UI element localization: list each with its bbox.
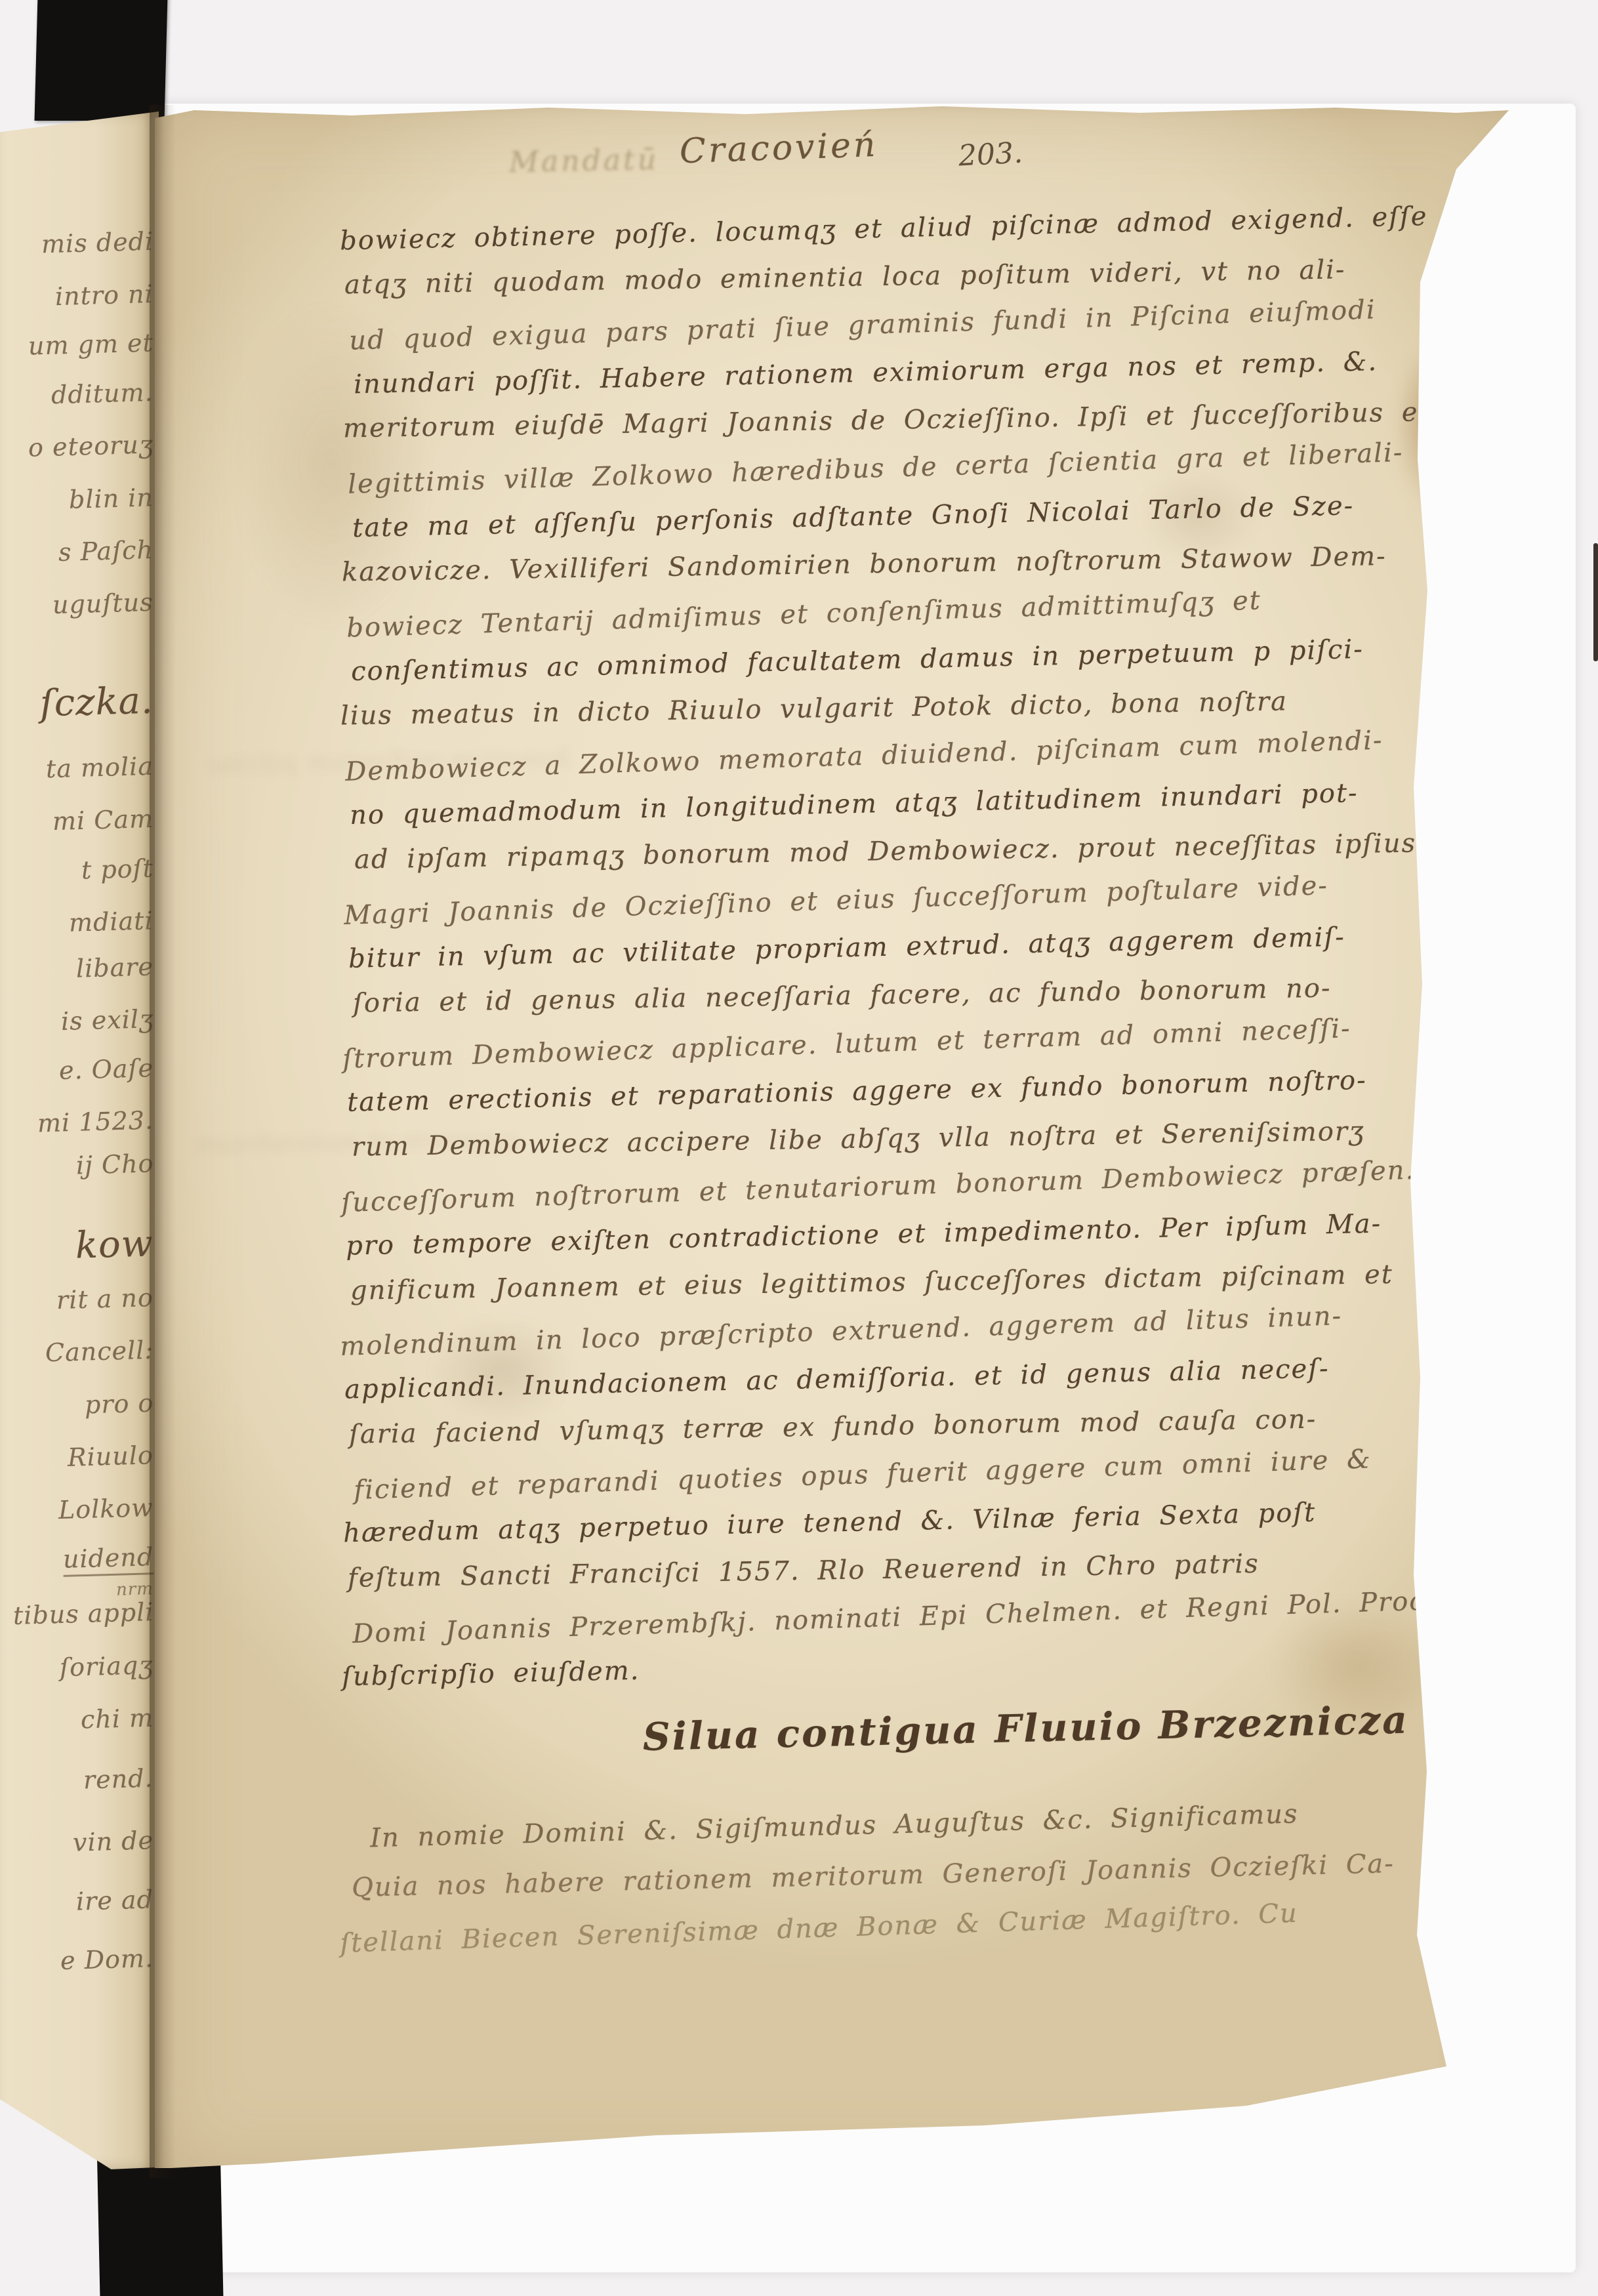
closing-line: Quia nos habere rationem meritorum Gener…	[352, 1848, 1422, 1903]
page-number: 203.	[958, 136, 1024, 173]
left-page-fragment: chi m	[80, 1703, 154, 1734]
book-strap-top	[35, 0, 168, 121]
left-page-fragment: is exilʒ	[60, 1004, 154, 1036]
manuscript-line: kazovicze. Vexilliferi Sandomirien bonor…	[342, 541, 1412, 587]
faded-running-word: Mandatū	[509, 143, 659, 179]
left-page-fragment: vin de	[72, 1826, 154, 1856]
closing-line: In nomie Domini &. Sigiſmundus Auguſtus …	[370, 1795, 1440, 1854]
left-page-fragment: tibus appli	[12, 1597, 154, 1630]
manuscript-line: gnificum Joannem et eius legittimos ſucc…	[350, 1259, 1420, 1306]
manuscript-line: ſaria faciend vſumqʒ terræ ex fundo bono…	[349, 1403, 1419, 1450]
left-page-fragment: e. Oaſe	[58, 1054, 154, 1085]
manuscript-line: ſubſcripſio eiuſdem.	[342, 1639, 1412, 1692]
left-page-fragment: ta molia	[46, 752, 154, 784]
left-page-fragment: libare	[75, 952, 154, 983]
manuscript-line: tatem erectionis et reparationis aggere …	[347, 1064, 1417, 1118]
manuscript-line: applicandi. Inundacionem ac demiſſoria. …	[344, 1352, 1414, 1405]
left-page-fragment: Lolkow	[58, 1493, 154, 1525]
body-text: bowiecz obtinere poſſe. locumqʒ et aliud…	[340, 214, 1409, 1788]
manuscript-line: pro tempore exiſten contradictione et im…	[346, 1208, 1416, 1261]
manuscript-line: Domi Joannis Przerembſkj. nominati Epi C…	[352, 1586, 1422, 1649]
manuscript-line: Dembowiecz a Zolkowo memorata diuidend. …	[345, 724, 1415, 787]
left-page-fragment: blin in	[69, 483, 154, 514]
manuscript-line: rum Dembowiecz accipere libe abſqʒ vlla …	[352, 1115, 1422, 1162]
manuscript-line: ud quod exigua pars prati ſiue graminis …	[349, 293, 1419, 356]
manuscript-line: feſtum Sancti Franciſci 1557. Rlo Reuere…	[348, 1546, 1418, 1593]
left-page-fragment: ij Cho	[75, 1149, 154, 1179]
left-page-fragment: ſczka.	[39, 680, 154, 726]
left-page-fragment: dditum.	[51, 378, 154, 409]
manuscript-line: meritorum eiuſdē Magri Joannis de Oczieſ…	[343, 398, 1413, 444]
manuscript-line: ſucceſſorum noſtrorum et tenutariorum bo…	[341, 1155, 1411, 1218]
left-page-fragment: mis dedi	[41, 227, 154, 259]
left-page-fragment: mdiati	[69, 906, 154, 937]
scan-edge-mark	[1593, 543, 1598, 661]
manuscript-line: ficiend et reparandi quoties opus fuerit…	[354, 1443, 1424, 1506]
left-page-fragment: nrm	[116, 1579, 154, 1600]
closing-line: ſtellani Biecen Sereniſsimæ dnæ Bonæ & C…	[340, 1895, 1410, 1958]
manuscript-line: bowiecz obtinere poſſe. locumqʒ et aliud…	[340, 202, 1410, 256]
left-page-fragment: mi 1523.	[37, 1106, 154, 1138]
manuscript-line: atqʒ niti quodam modo eminentia loca poſ…	[344, 254, 1414, 300]
left-page-fragment: pro o	[84, 1389, 154, 1420]
manuscript-line: ad ipſam ripamqʒ bonorum mod Dembowiecz.…	[354, 828, 1424, 874]
left-page-fragment: Riuulo	[68, 1441, 154, 1472]
manuscript-line: Magri Joannis de Oczieſſino et eius ſucc…	[344, 868, 1414, 931]
left-page-fragment: ſoriaqʒ	[60, 1650, 154, 1682]
left-page-fragment: intro ni	[55, 279, 154, 311]
left-page-fragment: Cancell:	[45, 1336, 154, 1368]
left-page-fragment: um gm et	[28, 328, 154, 360]
left-page-fragment: rit a no	[56, 1283, 154, 1315]
left-page-fragment: e Dom.	[60, 1944, 154, 1975]
manuscript-line: tate ma et aſſenſu perſonis adſtante Gno…	[352, 489, 1422, 543]
left-page-fragment: uidend	[62, 1542, 154, 1577]
manuscript-line: molendinum in loco præſcripto extruend. …	[340, 1299, 1410, 1362]
running-title: Cracovień	[679, 125, 878, 172]
left-page-fragment: kow	[75, 1222, 154, 1267]
left-page-fragment: ire ad	[76, 1885, 154, 1916]
left-page-fragment: t poſt	[81, 853, 154, 884]
manuscript-line: conſentimus ac omnimod facultatem damus …	[351, 633, 1421, 687]
manuscript-scan: mis dediintro nium gm etdditum.o eteoruʒ…	[0, 0, 1598, 2296]
manuscript-line: lius meatus in dicto Riuulo vulgarit Pot…	[340, 684, 1410, 731]
manuscript-line: ſoria et id genus alia neceſſaria facere…	[353, 972, 1423, 1018]
manuscript-line: ſtrorum Dembowiecz applicare. lutum et t…	[342, 1012, 1412, 1075]
left-page-fragment: s Paſch	[58, 535, 154, 567]
left-page-fragment: uguſtus	[52, 588, 154, 619]
manuscript-line: bitur in vſum ac vtilitate propriam extr…	[348, 920, 1418, 974]
left-page-fragment: o eteoruʒ	[28, 430, 154, 462]
left-page-fragment: mi Cam	[52, 804, 154, 836]
manuscript-line: hæredum atqʒ perpetuo iure tenend &. Vil…	[343, 1496, 1413, 1549]
left-page-fragment: rend.	[83, 1764, 154, 1795]
manuscript-line: inundari poſſit. Habere rationem eximior…	[354, 346, 1424, 400]
left-page-edge: mis dediintro nium gm etdditum.o eteoruʒ…	[0, 112, 159, 2171]
manuscript-line: legittimis villæ Zolkowo hæredibus de ce…	[348, 437, 1418, 499]
manuscript-page: bonorum noſtrorum piſcina aggerem et mol…	[155, 104, 1526, 2180]
manuscript-line: bowiecz Tentarij admiſimus et conſenſimu…	[346, 581, 1416, 643]
manuscript-line: no quemadmodum in longitudinem atqʒ lati…	[350, 777, 1420, 830]
